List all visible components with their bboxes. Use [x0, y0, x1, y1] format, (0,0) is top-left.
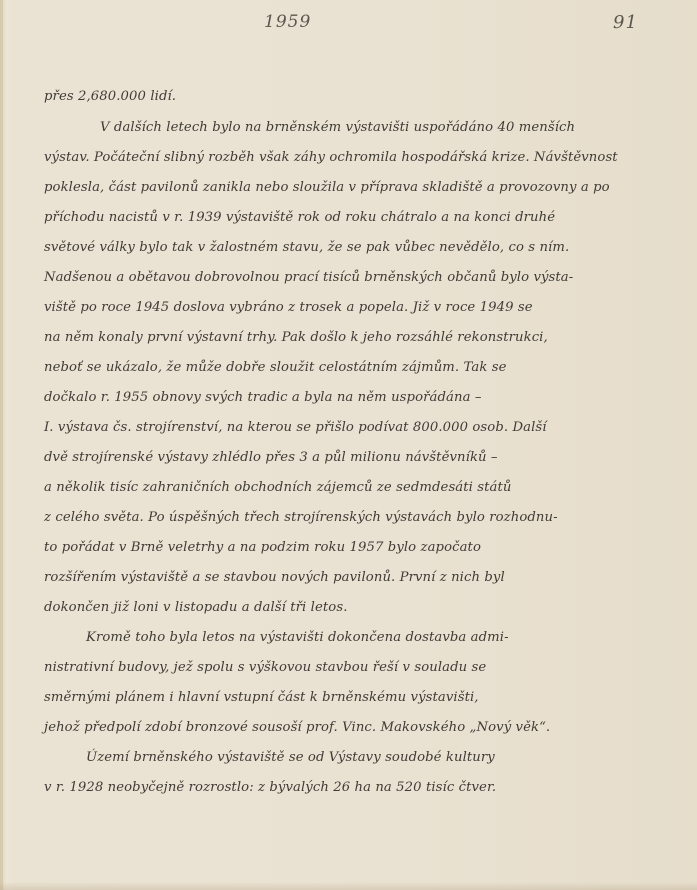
text-line: dokončen již loni v listopadu a další tř…: [44, 600, 348, 615]
text-line: viště po roce 1945 doslova vybráno z tro…: [44, 300, 533, 315]
text-line: na něm konaly první výstavní trhy. Pak d…: [44, 330, 548, 345]
text-line: z celého světa. Po úspěšných třech stroj…: [44, 510, 558, 525]
text-line: neboť se ukázalo, že může dobře sloužit …: [44, 360, 506, 375]
text-line: nistrativní budovy, jež spolu s výškovou…: [44, 660, 486, 675]
text-line: V dalších letech bylo na brněnském výsta…: [100, 120, 575, 135]
text-line: rozšířením výstaviště a se stavbou novýc…: [44, 570, 505, 585]
text-line: směrnými plánem i hlavní vstupní část k …: [44, 690, 479, 705]
text-line: výstav. Počáteční slibný rozběh však záh…: [44, 150, 618, 165]
header-year: 1959: [264, 12, 311, 32]
text-line: jehož předpolí zdobí bronzové sousoší pr…: [44, 720, 550, 735]
text-line: poklesla, část pavilonů zanikla nebo slo…: [44, 180, 610, 195]
text-line: dočkalo r. 1955 obnovy svých tradic a by…: [44, 390, 482, 405]
text-line: dvě strojírenské výstavy zhlédlo přes 3 …: [44, 450, 498, 465]
manuscript-page: 1959 91 přes 2,680.000 lidí. V dalších l…: [0, 0, 697, 890]
text-line: Nadšenou a obětavou dobrovolnou prací ti…: [44, 270, 573, 285]
text-line: Území brněnského výstaviště se od Výstav…: [86, 750, 495, 765]
text-line: a několik tisíc zahraničních obchodních …: [44, 480, 512, 495]
text-line: to pořádat v Brně veletrhy a na podzim r…: [44, 540, 481, 555]
text-line: v r. 1928 neobyčejně rozrostlo: z bývalý…: [44, 780, 496, 795]
text-line: Kromě toho byla letos na výstavišti doko…: [86, 630, 509, 645]
text-line: přes 2,680.000 lidí.: [44, 89, 176, 104]
page-number: 91: [613, 12, 638, 33]
text-line: příchodu nacistů v r. 1939 výstaviště ro…: [44, 210, 555, 225]
text-line: I. výstava čs. strojírenství, na kterou …: [44, 420, 547, 435]
text-line: světové války bylo tak v žalostném stavu…: [44, 240, 569, 255]
